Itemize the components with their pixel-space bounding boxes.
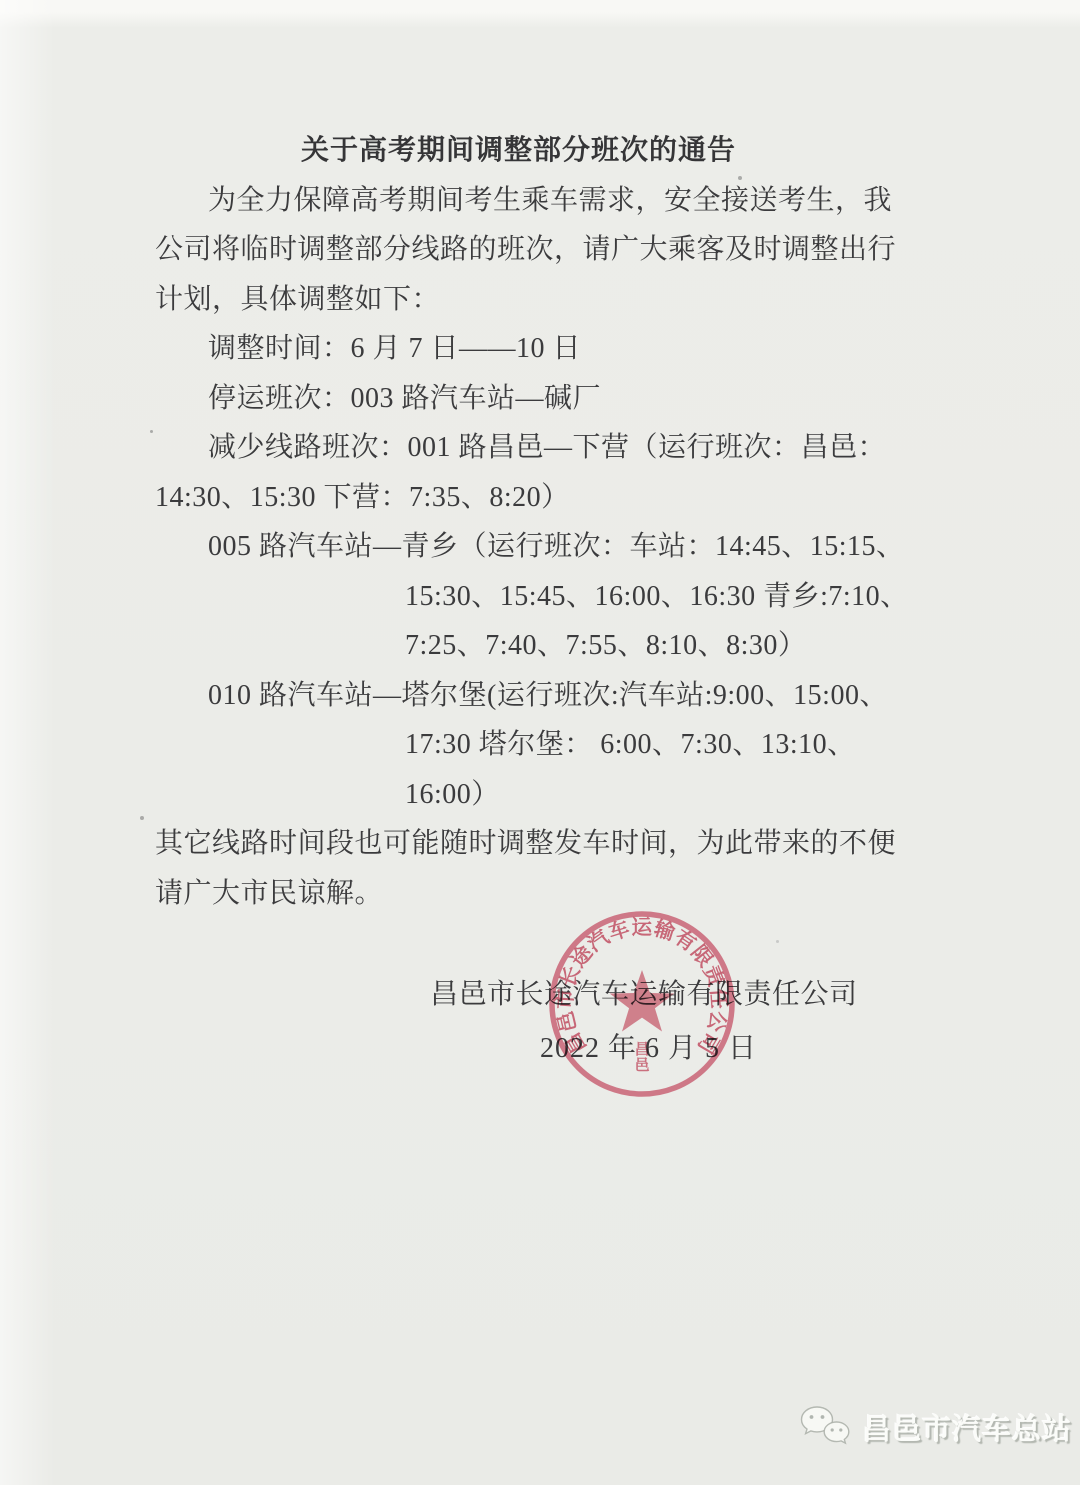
scan-speck [738, 176, 742, 180]
doc-line: 7:25、7:40、7:55、8:10、8:30） [155, 621, 882, 671]
wechat-watermark: 昌邑市汽车总站 [800, 1405, 1072, 1449]
scanned-notice-page: { "doc": { "title": "关于高考期间调整部分班次的通告", "… [0, 0, 1080, 1485]
notice-title: 关于高考期间调整部分班次的通告 [155, 126, 882, 176]
scan-speck [776, 940, 779, 943]
doc-line: 16:00） [155, 770, 882, 820]
seal-bottom-char-2: 邑 [634, 1056, 649, 1074]
doc-line: 停运班次：003 路汽车站—碱厂 [155, 374, 882, 424]
scan-speck [150, 430, 153, 433]
doc-line: 公司将临时调整部分线路的班次，请广大乘客及时调整出行 [155, 225, 882, 275]
doc-line: 17:30 塔尔堡： 6:00、7:30、13:10、 [155, 720, 882, 770]
wechat-icon [800, 1405, 850, 1449]
scan-speck [140, 816, 144, 820]
doc-line: 减少线路班次：001 路昌邑—下营（运行班次：昌邑： [155, 423, 882, 473]
doc-line: 调整时间：6 月 7 日——10 日 [155, 324, 882, 374]
doc-line: 计划，具体调整如下： [155, 275, 882, 325]
doc-line: 请广大市民谅解。 [155, 869, 882, 919]
official-seal: 昌邑市长途汽车运输有限责任公司 昌 邑 [544, 906, 740, 1102]
doc-line: 15:30、15:45、16:00、16:30 青乡:7:10、 [155, 572, 882, 622]
watermark-label: 昌邑市汽车总站 [862, 1407, 1072, 1448]
doc-line: 14:30、15:30 下营：7:35、8:20） [155, 473, 882, 523]
doc-line: 010 路汽车站—塔尔堡(运行班次:汽车站:9:00、15:00、 [155, 671, 882, 721]
notice-document: 关于高考期间调整部分班次的通告 为全力保障高考期间考生乘车需求，安全接送考生，我… [155, 126, 882, 918]
seal-star [610, 970, 675, 1032]
seal-bottom-char-1: 昌 [634, 1041, 649, 1058]
doc-line: 为全力保障高考期间考生乘车需求，安全接送考生，我 [155, 176, 882, 226]
doc-line: 005 路汽车站—青乡（运行班次：车站：14:45、15:15、 [155, 522, 882, 572]
doc-line: 其它线路时间段也可能随时调整发车时间，为此带来的不便 [155, 819, 882, 869]
